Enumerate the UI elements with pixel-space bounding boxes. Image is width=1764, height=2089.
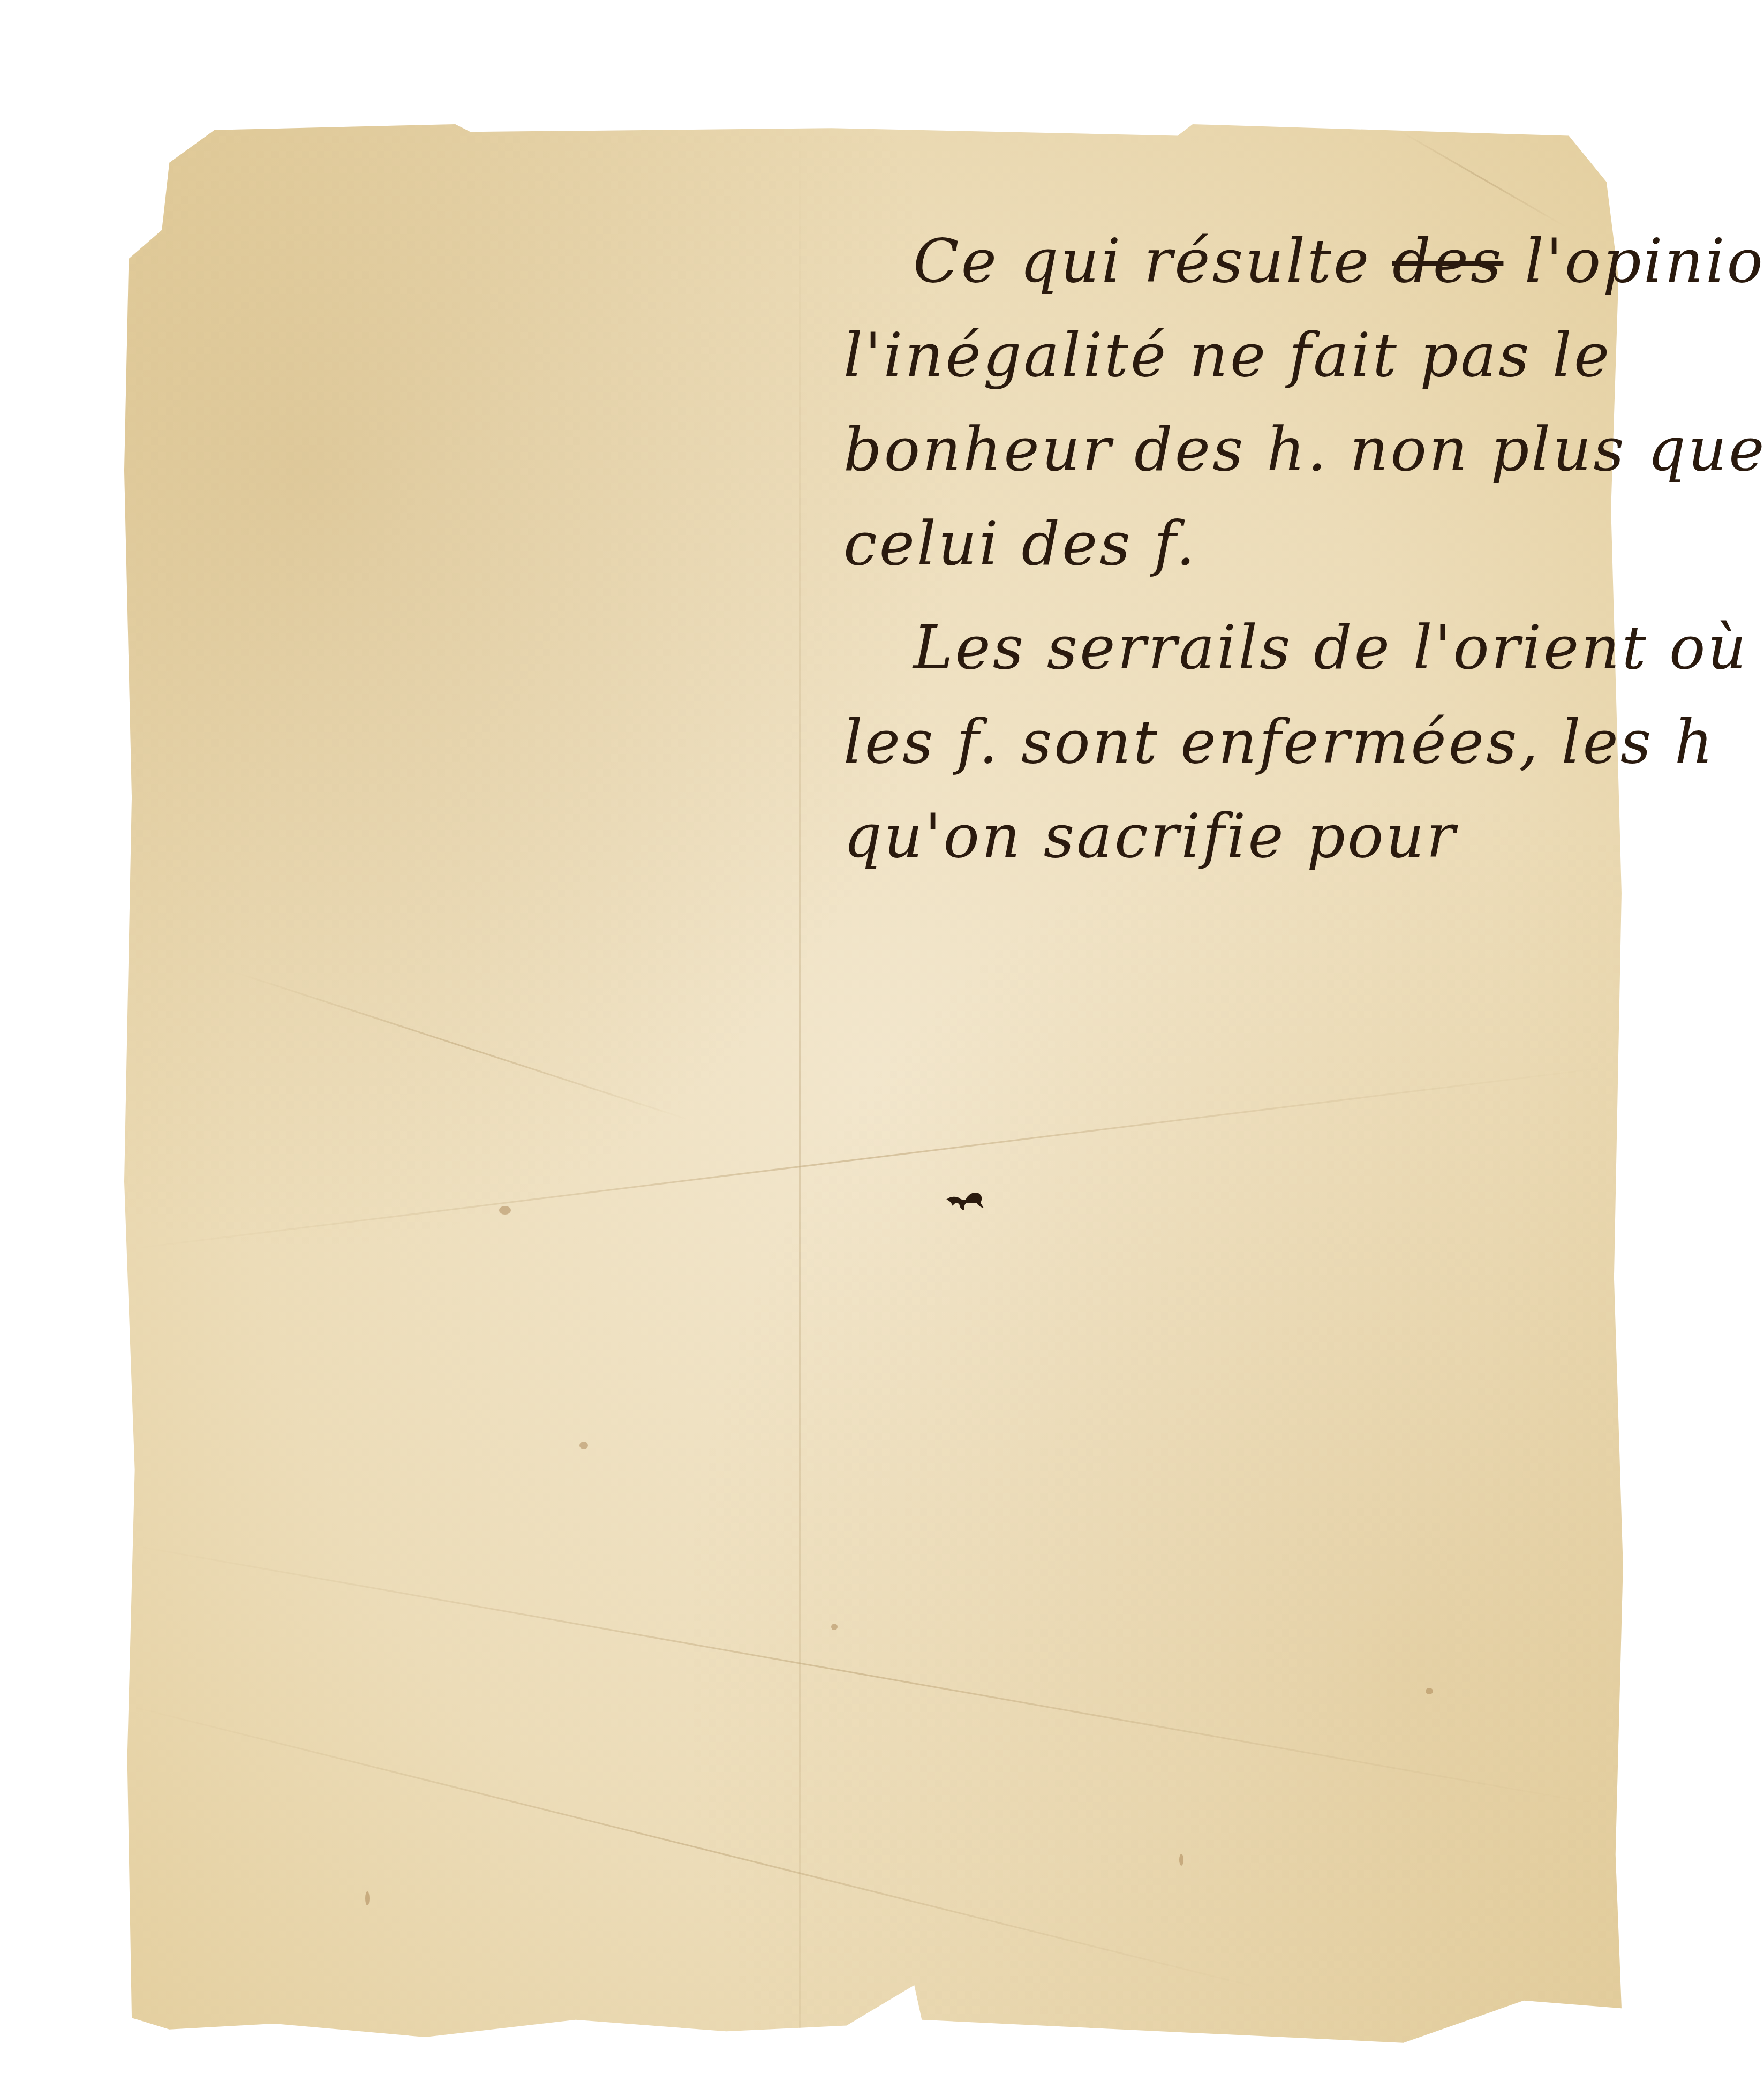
manuscript-line-7: qu'on sacrifie pour bbox=[843, 789, 1604, 884]
vertical-fold-crease bbox=[799, 124, 801, 2047]
ink-blot-mark bbox=[945, 1189, 988, 1216]
foxing-spot bbox=[831, 1624, 838, 1630]
handwritten-text: Ce qui résulte des l'opinion de l'inégal… bbox=[843, 214, 1604, 884]
corner-fold-crease bbox=[1398, 130, 1566, 228]
struck-word: des bbox=[1392, 227, 1503, 296]
corner-fold-crease bbox=[140, 1, 360, 174]
manuscript-line-2: l'inégalité ne fait pas le bbox=[843, 308, 1604, 403]
manuscript-line-6: les f. sont enfermées, les h bbox=[843, 695, 1604, 789]
line-text: l'opinion de bbox=[1503, 227, 1764, 296]
manuscript-line-3: bonheur des h. non plus que bbox=[843, 403, 1604, 497]
diagonal-crease bbox=[231, 970, 690, 1121]
manuscript-line-1: Ce qui résulte des l'opinion de bbox=[843, 214, 1604, 308]
foxing-spot bbox=[1179, 1854, 1183, 1866]
foxing-spot bbox=[579, 1442, 588, 1449]
manuscript-line-5: Les serrails de l'orient où bbox=[843, 601, 1604, 695]
foxing-spot bbox=[1426, 1688, 1433, 1694]
diagonal-crease bbox=[124, 1704, 1268, 1990]
foxing-spot bbox=[499, 1206, 511, 1215]
diagonal-crease bbox=[124, 1543, 1601, 1805]
foxing-spot bbox=[365, 1891, 370, 1905]
diagonal-crease bbox=[124, 1066, 1612, 1250]
line-text: Ce qui résulte bbox=[913, 227, 1392, 296]
manuscript-line-4: celui des f. bbox=[843, 497, 1604, 591]
